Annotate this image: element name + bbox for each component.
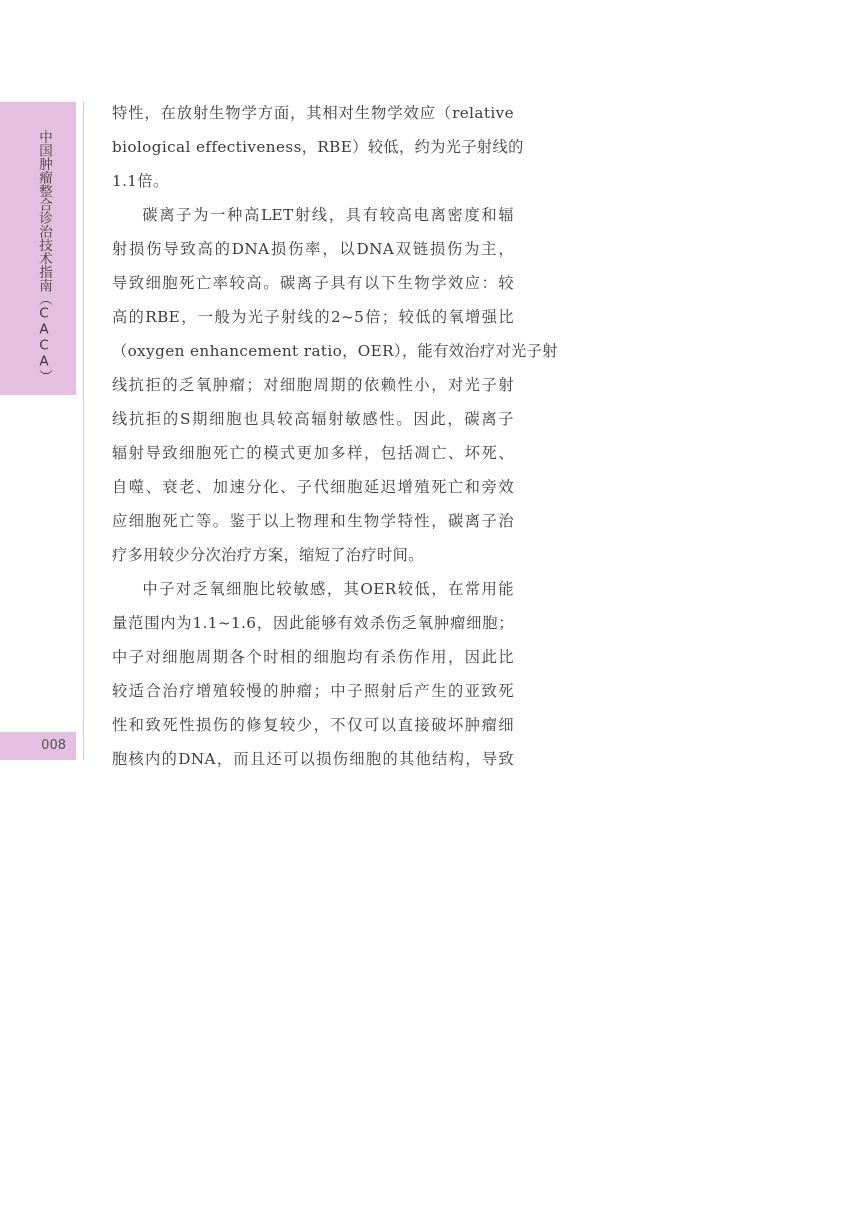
paragraph-3: 中子对乏氧细胞比较敏感，其OER较低，在常用能 量范围内为1.1~1.6，因此能… [112, 572, 514, 776]
book-title: 中国肿瘤整合诊治技术指南（CACA） [36, 130, 52, 383]
page-number-tab: 008 [0, 732, 76, 760]
page-number: 008 [41, 738, 66, 753]
text-line: 碳离子为一种高LET射线，具有较高电离密度和辐 [112, 198, 514, 232]
paragraph-2: 碳离子为一种高LET射线，具有较高电离密度和辐 射损伤导致高的DNA损伤率，以D… [112, 198, 514, 572]
text-line: 中子对细胞周期各个时相的细胞均有杀伤作用，因此比 [112, 640, 514, 674]
body-text: 特性，在放射生物学方面，其相对生物学效应（relative biological… [112, 96, 514, 776]
text-line: biological effectiveness，RBE）较低，约为光子射线的 [112, 130, 514, 164]
text-line: 导致细胞死亡率较高。碳离子具有以下生物学效应：较 [112, 266, 514, 300]
text-line: 中子对乏氧细胞比较敏感，其OER较低，在常用能 [112, 572, 514, 606]
text-line: 1.1倍。 [112, 164, 514, 198]
text-line: 高的RBE，一般为光子射线的2~5倍；较低的氧增强比 [112, 300, 514, 334]
text-line: 疗多用较少分次治疗方案，缩短了治疗时间。 [112, 538, 514, 572]
text-line: 胞核内的DNA，而且还可以损伤细胞的其他结构，导致 [112, 742, 514, 776]
margin-divider-line [83, 102, 84, 760]
text-line: （oxygen enhancement ratio，OER），能有效治疗对光子射 [112, 334, 514, 368]
text-line: 线抗拒的乏氧肿瘤；对细胞周期的依赖性小，对光子射 [112, 368, 514, 402]
text-line: 线抗拒的S期细胞也具较高辐射敏感性。因此，碳离子 [112, 402, 514, 436]
text-line: 应细胞死亡等。鉴于以上物理和生物学特性，碳离子治 [112, 504, 514, 538]
text-line: 性和致死性损伤的修复较少，不仅可以直接破坏肿瘤细 [112, 708, 514, 742]
text-line: 特性，在放射生物学方面，其相对生物学效应（relative [112, 96, 514, 130]
text-line: 射损伤导致高的DNA损伤率，以DNA双链损伤为主， [112, 232, 514, 266]
text-line: 较适合治疗增殖较慢的肿瘤；中子照射后产生的亚致死 [112, 674, 514, 708]
text-line: 辐射导致细胞死亡的模式更加多样，包括凋亡、坏死、 [112, 436, 514, 470]
paragraph-1: 特性，在放射生物学方面，其相对生物学效应（relative biological… [112, 96, 514, 198]
book-title-tab: 中国肿瘤整合诊治技术指南（CACA） [0, 102, 76, 395]
text-line: 量范围内为1.1~1.6，因此能够有效杀伤乏氧肿瘤细胞； [112, 606, 514, 640]
text-line: 自噬、衰老、加速分化、子代细胞延迟增殖死亡和旁效 [112, 470, 514, 504]
